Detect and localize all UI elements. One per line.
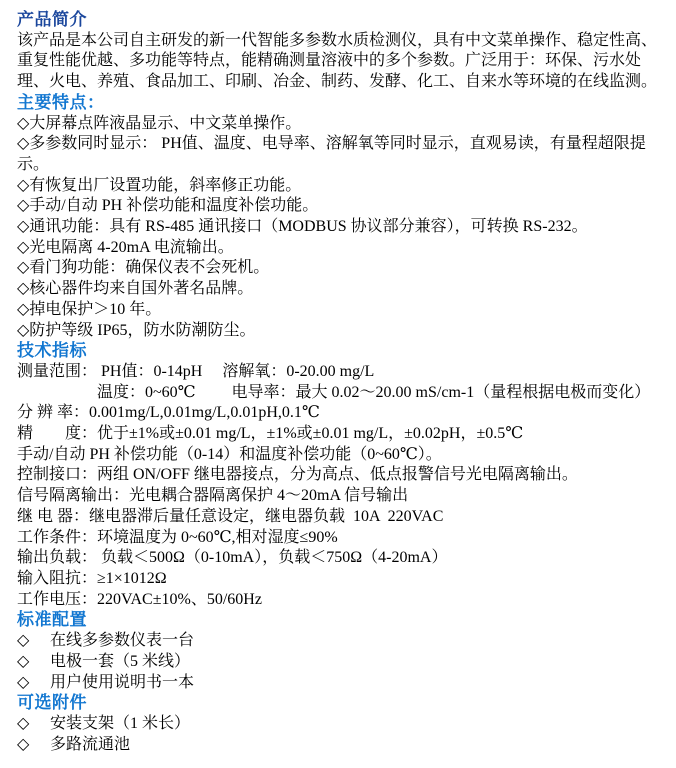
section-features-heading: 主要特点： <box>17 93 668 114</box>
spec-line: 控制接口：两组 ON/OFF 继电器接点，分为高点、低点报警信号光电隔离输出。 <box>17 465 668 486</box>
config-item-label: 用户使用说明书一本 <box>50 673 194 694</box>
spec-line: 精 度：优于±1%或±0.01 mg/L，±1%或±0.01 mg/L，±0.0… <box>17 424 668 445</box>
feature-item: ◇防护等级 IP65，防水防潮防尘。 <box>17 321 668 342</box>
spec-line: 信号隔离输出：光电耦合器隔离保护 4～20mA 信号输出 <box>17 486 668 507</box>
config-item: ◇ 电极一套（5 米线） <box>17 652 668 673</box>
accessory-item-label: 安装支架（1 米长） <box>50 714 190 735</box>
spec-line: 输出负载： 负载＜500Ω（0-10mA），负载＜750Ω（4-20mA） <box>17 548 668 569</box>
diamond-bullet-icon: ◇ <box>17 735 50 756</box>
section-specs-heading: 技术指标 <box>17 341 668 362</box>
spec-line: 温度：0~60℃ 电导率：最大 0.02～20.00 mS/cm-1（量程根据电… <box>17 383 668 404</box>
feature-item: ◇手动/自动 PH 补偿功能和温度补偿功能。 <box>17 196 668 217</box>
feature-item: ◇有恢复出厂设置功能，斜率修正功能。 <box>17 176 668 197</box>
config-item: ◇ 在线多参数仪表一台 <box>17 631 668 652</box>
feature-item: ◇多参数同时显示： PH值、温度、电导率、溶解氧等同时显示，直观易读，有量程超限… <box>17 134 668 175</box>
config-item-label: 在线多参数仪表一台 <box>50 631 194 652</box>
spec-line: 分 辨 率：0.001mg/L,0.01mg/L,0.01pH,0.1℃ <box>17 403 668 424</box>
diamond-bullet-icon: ◇ <box>17 631 50 652</box>
diamond-bullet-icon: ◇ <box>17 673 50 694</box>
feature-item: ◇看门狗功能：确保仪表不会死机。 <box>17 258 668 279</box>
feature-item: ◇核心器件均来自国外著名品牌。 <box>17 279 668 300</box>
spec-line: 工作条件：环境温度为 0~60℃,相对湿度≤90% <box>17 528 668 549</box>
accessory-item: ◇ 安装支架（1 米长） <box>17 714 668 735</box>
accessory-item-label: 多路流通池 <box>50 735 130 756</box>
section-intro-heading: 产品简介 <box>17 10 668 31</box>
config-item-label: 电极一套（5 米线） <box>50 652 190 673</box>
spec-line: 继 电 器：继电器滞后量任意设定，继电器负载 10A 220VAC <box>17 507 668 528</box>
feature-item: ◇通讯功能：具有 RS-485 通讯接口（MODBUS 协议部分兼容），可转换 … <box>17 217 668 238</box>
spec-line: 测量范围： PH值：0-14pH 溶解氧：0-20.00 mg/L <box>17 362 668 383</box>
section-optional-accessories-heading: 可选附件 <box>17 693 668 714</box>
section-standard-config-heading: 标准配置 <box>17 610 668 631</box>
spec-line: 工作电压：220VAC±10%、50/60Hz <box>17 590 668 611</box>
diamond-bullet-icon: ◇ <box>17 652 50 673</box>
spec-line: 手动/自动 PH 补偿功能（0-14）和温度补偿功能（0~60℃）。 <box>17 445 668 466</box>
feature-item: ◇光电隔离 4-20mA 电流输出。 <box>17 238 668 259</box>
accessory-item: ◇ 多路流通池 <box>17 735 668 756</box>
feature-item: ◇掉电保护＞10 年。 <box>17 300 668 321</box>
config-item: ◇ 用户使用说明书一本 <box>17 673 668 694</box>
intro-paragraph: 该产品是本公司自主研发的新一代智能多参数水质检测仪，具有中文菜单操作、稳定性高、… <box>17 31 668 93</box>
feature-item: ◇大屏幕点阵液晶显示、中文菜单操作。 <box>17 114 668 135</box>
diamond-bullet-icon: ◇ <box>17 714 50 735</box>
product-description-page: 产品简介 该产品是本公司自主研发的新一代智能多参数水质检测仪，具有中文菜单操作、… <box>0 0 676 768</box>
spec-line: 输入阻抗：≥1×1012Ω <box>17 569 668 590</box>
